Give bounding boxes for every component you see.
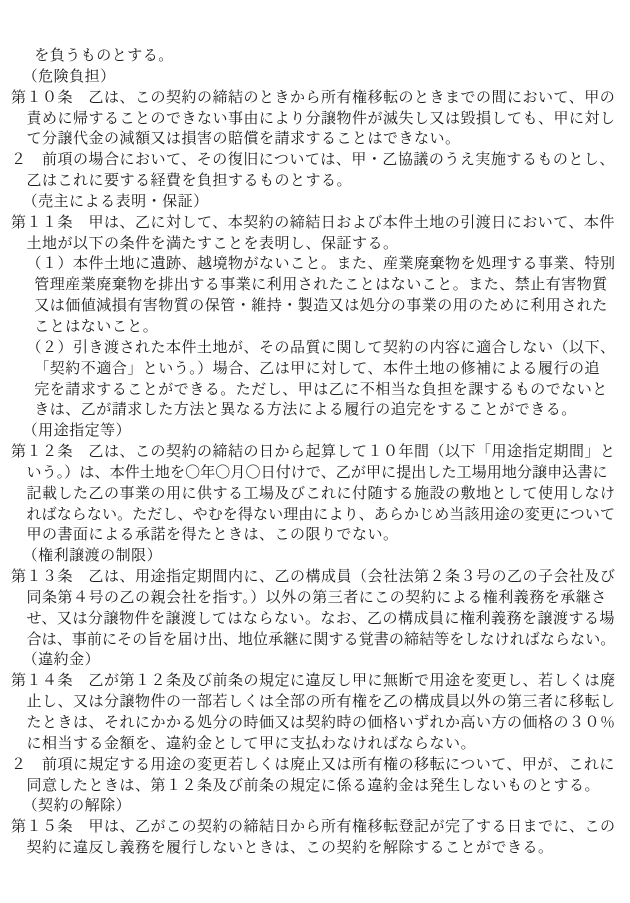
continuation-line: 管理産業廃棄物を排出する事業に利用されたことはないこと。また、禁止有害物質 <box>11 274 617 295</box>
continuation-line: 契約に違反し義務を履行しないときは、この契約を解除することができる。 <box>11 837 617 858</box>
article-line: 第１５条 甲は、乙がこの契約の締結日から所有権移転登記が完了する日までに、この <box>11 816 617 837</box>
continuation-line: 記載した乙の事業の用に供する工場及びこれに付随する施設の敷地として使用しなけ <box>11 483 617 504</box>
article-line: 第１３条 乙は、用途指定期間内に、乙の構成員（会社法第２条３号の乙の子会社及び <box>11 566 617 587</box>
item-line: （１）本件土地に遺跡、越境物がないこと。また、産業廃棄物を処理する事業、特別 <box>11 253 617 274</box>
paragraph-line: ２ 前項に規定する用途の変更若しくは廃止又は所有権の移転について、甲が、これに <box>11 754 617 775</box>
heading-line: （危険負担） <box>11 66 617 87</box>
continuation-line: 責めに帰することのできない事由により分譲物件が滅失し又は毀損しても、甲に対し <box>11 108 617 129</box>
continuation-line: て分譲代金の減額又は損害の賠償を請求することはできない。 <box>11 128 617 149</box>
document-body: を負うものとする。（危険負担）第１０条 乙は、この契約の締結のときから所有権移転… <box>11 45 617 858</box>
continuation-line: ればならない。ただし、やむを得ない理由により、あらかじめ当該用途の変更について <box>11 504 617 525</box>
paragraph-line: ２ 前項の場合において、その復旧については、甲・乙協議のうえ実施するものとし、 <box>11 149 617 170</box>
document-page: を負うものとする。（危険負担）第１０条 乙は、この契約の締結のときから所有権移転… <box>0 0 630 903</box>
continuation-line: 甲の書面による承諾を得たときは、この限りでない。 <box>11 524 617 545</box>
continuation-line: せ、又は分譲物件を譲渡してはならない。なお、乙の構成員に権利義務を譲渡する場 <box>11 608 617 629</box>
continuation-line: たときは、それにかかる処分の時価又は契約時の価格いずれか高い方の価格の３０％ <box>11 712 617 733</box>
continuation-line: 土地が以下の条件を満たすことを表明し、保証する。 <box>11 233 617 254</box>
item-line: （２）引き渡された本件土地が、その品質に関して契約の内容に適合しない（以下、 <box>11 337 617 358</box>
heading-line: （用途指定等） <box>11 420 617 441</box>
article-line: 第１１条 甲は、乙に対して、本契約の締結日および本件土地の引渡日において、本件 <box>11 212 617 233</box>
continuation-line: に相当する金額を、違約金として甲に支払わなければならない。 <box>11 733 617 754</box>
article-line: 第１２条 乙は、この契約の締結の日から起算して１０年間（以下「用途指定期間」と <box>11 441 617 462</box>
continuation-line: いう。）は、本件土地を〇年〇月〇日付けで、乙が甲に提出した工場用地分譲申込書に <box>11 462 617 483</box>
article-line: 第１４条 乙が第１２条及び前条の規定に違反し甲に無断で用途を変更し、若しくは廃 <box>11 670 617 691</box>
heading-line: （権利譲渡の制限） <box>11 545 617 566</box>
continuation-line: 完を請求することができる。ただし、甲は乙に不相当な負担を課するものでないと <box>11 379 617 400</box>
continuation-line: ことはないこと。 <box>11 316 617 337</box>
heading-line: （売主による表明・保証） <box>11 191 617 212</box>
continuation-line: 合は、事前にその旨を届け出、地位承継に関する覚書の締結等をしなければならない。 <box>11 629 617 650</box>
continuation-line: きは、乙が請求した方法と異なる方法による履行の追完をすることができる。 <box>11 399 617 420</box>
continuation-line: 又は価値減損有害物質の保管・維持・製造又は処分の事業の用のために利用された <box>11 295 617 316</box>
heading-line: （契約の解除） <box>11 795 617 816</box>
heading-line: （違約金） <box>11 649 617 670</box>
article-line: 第１０条 乙は、この契約の締結のときから所有権移転のときまでの間において、甲の <box>11 87 617 108</box>
continuation-line: 同意したときは、第１２条及び前条の規定に係る違約金は発生しないものとする。 <box>11 775 617 796</box>
continuation-line: 同条第４号の乙の親会社を指す。）以外の第三者にこの契約による権利義務を承継さ <box>11 587 617 608</box>
continuation-line: を負うものとする。 <box>11 45 617 66</box>
continuation-line: 乙はこれに要する経費を負担するものとする。 <box>11 170 617 191</box>
continuation-line: 「契約不適合」という。）場合、乙は甲に対して、本件土地の修補による履行の追 <box>11 358 617 379</box>
continuation-line: 止し、又は分譲物件の一部若しくは全部の所有権を乙の構成員以外の第三者に移転し <box>11 691 617 712</box>
